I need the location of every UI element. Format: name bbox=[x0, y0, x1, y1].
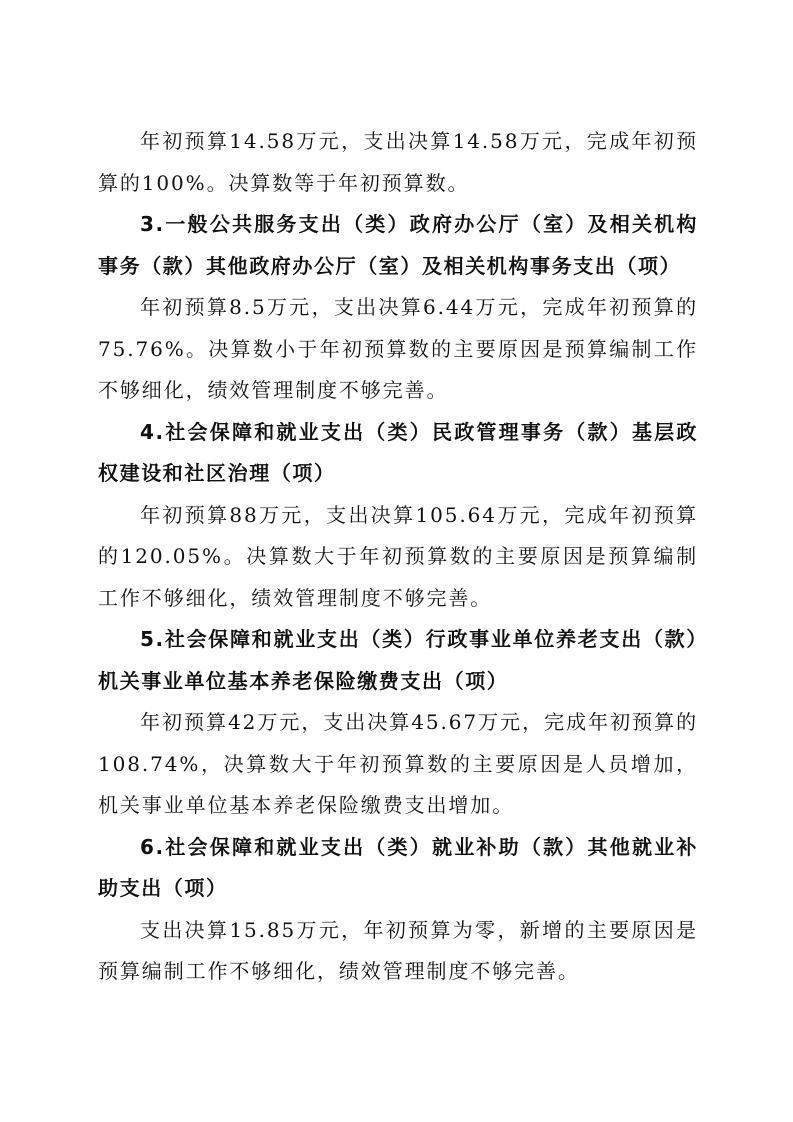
document-page: 年初预算14.58万元，支出决算14.58万元，完成年初预算的100%。决算数等… bbox=[98, 121, 698, 993]
paragraph-item5-budget-summary: 年初预算42万元，支出决算45.67万元，完成年初预算的108.74%，决算数大… bbox=[98, 702, 698, 827]
paragraph-item4-budget-summary: 年初预算88万元，支出决算105.64万元，完成年初预算的120.05%。决算数… bbox=[98, 495, 698, 620]
paragraph-item3-budget-summary: 年初预算8.5万元，支出决算6.44万元，完成年初预算的75.76%。决算数小于… bbox=[98, 287, 698, 412]
section-heading-5: 5.社会保障和就业支出（类）行政事业单位养老支出（款）机关事业单位基本养老保险缴… bbox=[98, 619, 698, 702]
section-heading-3: 3.一般公共服务支出（类）政府办公厅（室）及相关机构事务（款）其他政府办公厅（室… bbox=[98, 204, 698, 287]
section-heading-4: 4.社会保障和就业支出（类）民政管理事务（款）基层政权建设和社区治理（项） bbox=[98, 412, 698, 495]
paragraph-item2-budget-summary: 年初预算14.58万元，支出决算14.58万元，完成年初预算的100%。决算数等… bbox=[98, 121, 698, 204]
paragraph-item6-budget-summary: 支出决算15.85万元，年初预算为零，新增的主要原因是预算编制工作不够细化，绩效… bbox=[98, 910, 698, 993]
section-heading-6: 6.社会保障和就业支出（类）就业补助（款）其他就业补助支出（项） bbox=[98, 827, 698, 910]
